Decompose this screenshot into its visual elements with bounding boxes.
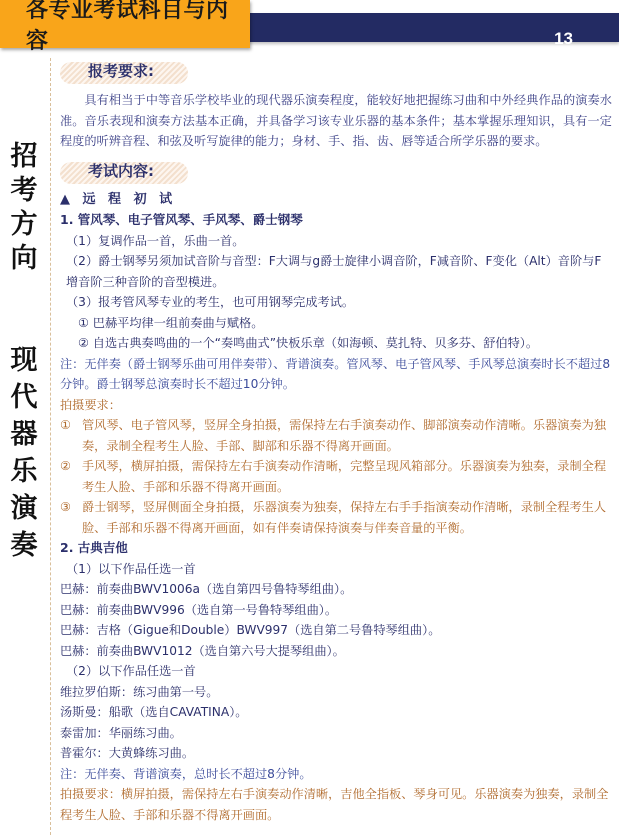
section2-group2-label: （2）以下作品任选一首 xyxy=(60,661,612,682)
section1-subitem: ① 巴赫平均律一组前奏曲与赋格。 xyxy=(60,313,612,334)
section2-note: 注：无伴奏、背谱演奏，总时长不超过8分钟。 xyxy=(60,764,612,785)
side-char: 现 xyxy=(6,342,42,379)
side-char: 乐 xyxy=(6,453,42,490)
piece-item: 巴赫：前奏曲BWV1006a（选自第四号鲁特琴组曲）。 xyxy=(60,579,612,600)
section2-photo-requirement: 拍摄要求：横屏拍摄，需保持左右手演奏动作清晰，吉他全指板、琴身可见。乐器演奏为独… xyxy=(60,784,612,825)
item-number: ③ xyxy=(60,497,82,538)
side-char: 考 xyxy=(6,174,42,208)
requirements-text: 具有相当于中等音乐学校毕业的现代器乐演奏程度，能较好地把握练习曲和中外经典作品的… xyxy=(60,90,612,152)
piece-item: 维拉罗伯斯：练习曲第一号。 xyxy=(60,682,612,703)
section1-item: （2）爵士钢琴另须加试音阶与音型：F大调与g爵士旋律小调音阶，F减音阶、F变化（… xyxy=(60,251,612,292)
requirements-heading: 报考要求: xyxy=(60,58,612,88)
section2-title: 2. 古典吉他 xyxy=(60,538,612,559)
piece-item: 汤斯曼：船歌（选自CAVATINA）。 xyxy=(60,702,612,723)
side-char: 演 xyxy=(6,490,42,527)
piece-item: 泰雷加：华丽练习曲。 xyxy=(60,723,612,744)
exam-content-heading: 考试内容: xyxy=(60,158,612,188)
item-text: 管风琴、电子管风琴，竖屏全身拍摄，需保持左右手演奏动作、脚部演奏动作清晰。乐器演… xyxy=(82,415,612,456)
section1-subitem: ② 自选古典奏鸣曲的一个“奏鸣曲式”快板乐章（如海顿、莫扎特、贝多芬、舒伯特）。 xyxy=(60,333,612,354)
section1-item: （3）报考管风琴专业的考生，也可用钢琴完成考试。 xyxy=(60,292,612,313)
side-char: 向 xyxy=(6,242,42,276)
side-char: 奏 xyxy=(6,527,42,564)
section1-title: 1. 管风琴、电子管风琴、手风琴、爵士钢琴 xyxy=(60,210,612,231)
section1-item: （1）复调作品一首，乐曲一首。 xyxy=(60,231,612,252)
main-content: 报考要求: 具有相当于中等音乐学校毕业的现代器乐演奏程度，能较好地把握练习曲和中… xyxy=(60,58,612,825)
header-title-box: 各专业考试科目与内容 xyxy=(0,0,250,48)
piece-item: 巴赫：前奏曲BWV1012（选自第六号大提琴组曲）。 xyxy=(60,641,612,662)
page-title: 各专业考试科目与内容 xyxy=(26,0,250,55)
photo-requirement-item: ① 管风琴、电子管风琴，竖屏全身拍摄，需保持左右手演奏动作、脚部演奏动作清晰。乐… xyxy=(60,415,612,456)
photo-requirement-item: ② 手风琴，横屏拍摄，需保持左右手演奏动作清晰，完整呈现风箱部分。乐器演奏为独奏… xyxy=(60,456,612,497)
dashed-divider xyxy=(50,58,51,835)
piece-item: 普霍尔：大黄蜂练习曲。 xyxy=(60,743,612,764)
side-char: 招 xyxy=(6,140,42,174)
item-number: ② xyxy=(60,456,82,497)
item-text: 手风琴，横屏拍摄，需保持左右手演奏动作清晰，完整呈现风箱部分。乐器演奏为独奏，录… xyxy=(82,456,612,497)
item-text: 爵士钢琴，竖屏侧面全身拍摄，乐器演奏为独奏，保持左右手手指演奏动作清晰，录制全程… xyxy=(82,497,612,538)
heading-label: 考试内容: xyxy=(88,161,154,182)
section1-note: 注：无伴奏（爵士钢琴乐曲可用伴奏带）、背谱演奏。管风琴、电子管风琴、手风琴总演奏… xyxy=(60,354,612,395)
piece-item: 巴赫：前奏曲BWV996（选自第一号鲁特琴组曲）。 xyxy=(60,600,612,621)
piece-item: 巴赫：吉格（Gigue和Double）BWV997（选自第二号鲁特琴组曲）。 xyxy=(60,620,612,641)
section2-group1-label: （1）以下作品任选一首 xyxy=(60,559,612,580)
side-label-modern-instrument: 现 代 器 乐 演 奏 xyxy=(6,342,42,564)
stage-heading: ▲ 远 程 初 试 xyxy=(60,190,612,211)
page-number: 13 xyxy=(554,29,573,49)
heading-label: 报考要求: xyxy=(88,61,154,82)
section1-photo-heading: 拍摄要求： xyxy=(60,395,612,416)
side-label-recruitment-direction: 招 考 方 向 xyxy=(6,140,42,276)
side-char: 方 xyxy=(6,208,42,242)
photo-requirement-item: ③ 爵士钢琴，竖屏侧面全身拍摄，乐器演奏为独奏，保持左右手手指演奏动作清晰，录制… xyxy=(60,497,612,538)
side-char: 代 xyxy=(6,379,42,416)
item-number: ① xyxy=(60,415,82,456)
side-char: 器 xyxy=(6,416,42,453)
